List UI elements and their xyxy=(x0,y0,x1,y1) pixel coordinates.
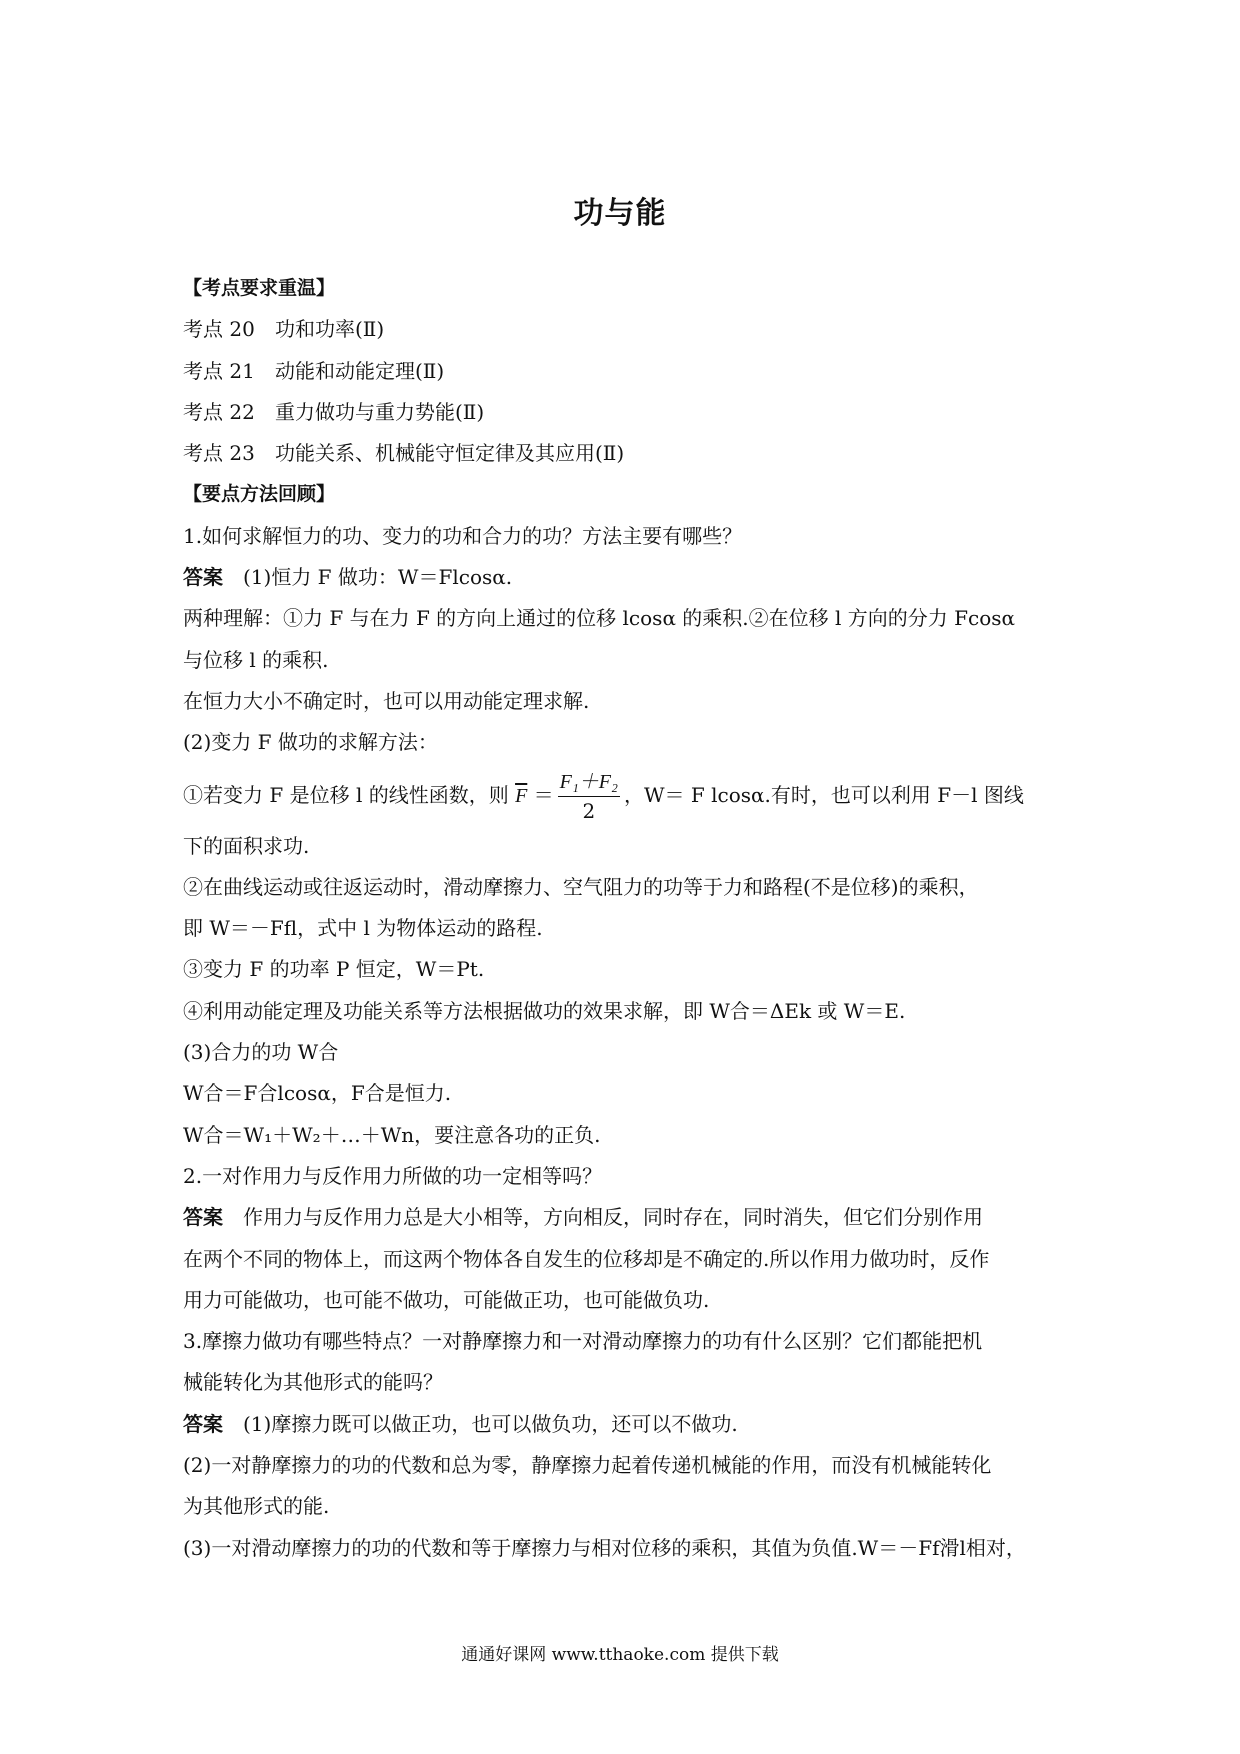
formula-prefix: ①若变力 F 是位移 l 的线性函数，则 xyxy=(183,783,509,807)
page-footer: 通通好课网 www.tthaoke.com 提供下载 xyxy=(0,1640,1240,1665)
exam-point-item: 考点 22重力做功与重力势能(Ⅱ) xyxy=(183,392,1063,433)
exam-point-text: 功和功率(Ⅱ) xyxy=(275,317,384,341)
exam-point-number: 考点 22 xyxy=(183,392,275,433)
text-line: (3)一对滑动摩擦力的功的代数和等于摩擦力与相对位移的乘积，其值为负值.W＝－F… xyxy=(183,1528,1063,1569)
answer-label: 答案 xyxy=(183,1412,223,1436)
f-bar-symbol: F xyxy=(515,785,527,807)
text-line: (3)合力的功 W合 xyxy=(183,1032,1063,1073)
answer-line: 答案(1)恒力 F 做功：W＝Flcosα. xyxy=(183,557,1063,598)
exam-point-number: 考点 23 xyxy=(183,433,275,474)
text-line: 用力可能做功，也可能不做功，可能做正功，也可能做负功. xyxy=(183,1280,1063,1321)
question-3: 3.摩擦力做功有哪些特点？一对静摩擦力和一对滑动摩擦力的功有什么区别？它们都能把… xyxy=(183,1321,1063,1362)
section-heading-exam-points: 【考点要求重温】 xyxy=(183,268,1063,309)
exam-point-number: 考点 21 xyxy=(183,351,275,392)
text-line: 下的面积求功. xyxy=(183,826,1063,867)
text-line: 即 W＝－Ffl，式中 l 为物体运动的路程. xyxy=(183,908,1063,949)
question-2: 2.一对作用力与反作用力所做的功一定相等吗？ xyxy=(183,1156,1063,1197)
text-line: 在两个不同的物体上，而这两个物体各自发生的位移却是不确定的.所以作用力做功时，反… xyxy=(183,1239,1063,1280)
document-body: 【考点要求重温】 考点 20功和功率(Ⅱ) 考点 21动能和动能定理(Ⅱ) 考点… xyxy=(183,268,1063,1569)
text-line: W合＝W₁＋W₂＋…＋Wn，要注意各功的正负. xyxy=(183,1115,1063,1156)
exam-point-text: 功能关系、机械能守恒定律及其应用(Ⅱ) xyxy=(275,441,624,465)
text-line: (2)变力 F 做功的求解方法： xyxy=(183,722,1063,763)
text-line: (2)一对静摩擦力的功的代数和总为零，静摩擦力起着传递机械能的作用，而没有机械能… xyxy=(183,1445,1063,1486)
answer-label: 答案 xyxy=(183,565,223,589)
text-line: 械能转化为其他形式的能吗？ xyxy=(183,1362,1063,1403)
formula-suffix: ，W＝ F lcosα.有时，也可以利用 F－l 图线 xyxy=(624,783,1024,807)
text-line: 为其他形式的能. xyxy=(183,1486,1063,1527)
fraction: F₁＋F₂2 xyxy=(558,768,620,825)
exam-point-item: 考点 20功和功率(Ⅱ) xyxy=(183,309,1063,350)
exam-point-text: 重力做功与重力势能(Ⅱ) xyxy=(275,400,484,424)
exam-point-number: 考点 20 xyxy=(183,309,275,350)
fraction-numerator: F₁＋F₂ xyxy=(558,768,620,797)
exam-point-item: 考点 21动能和动能定理(Ⅱ) xyxy=(183,351,1063,392)
text-line: 两种理解：①力 F 与在力 F 的方向上通过的位移 lcosα 的乘积.②在位移… xyxy=(183,598,1063,639)
answer-text: 作用力与反作用力总是大小相等，方向相反，同时存在，同时消失，但它们分别作用 xyxy=(243,1205,983,1229)
text-line: 与位移 l 的乘积. xyxy=(183,640,1063,681)
exam-point-text: 动能和动能定理(Ⅱ) xyxy=(275,359,444,383)
text-line: ③变力 F 的功率 P 恒定，W＝Pt. xyxy=(183,949,1063,990)
section-heading-method-review: 【要点方法回顾】 xyxy=(183,474,1063,515)
text-line: 在恒力大小不确定时，也可以用动能定理求解. xyxy=(183,681,1063,722)
text-line: ②在曲线运动或往返运动时，滑动摩擦力、空气阻力的功等于力和路程(不是位移)的乘积… xyxy=(183,867,1063,908)
question-1: 1.如何求解恒力的功、变力的功和合力的功？方法主要有哪些？ xyxy=(183,516,1063,557)
text-line: ④利用动能定理及功能关系等方法根据做功的效果求解，即 W合＝ΔEk 或 W＝E. xyxy=(183,991,1063,1032)
text-line: W合＝F合lcosα，F合是恒力. xyxy=(183,1073,1063,1114)
answer-line: 答案作用力与反作用力总是大小相等，方向相反，同时存在，同时消失，但它们分别作用 xyxy=(183,1197,1063,1238)
page-title: 功与能 xyxy=(0,188,1240,232)
answer-line: 答案(1)摩擦力既可以做正功，也可以做负功，还可以不做功. xyxy=(183,1404,1063,1445)
answer-text: (1)恒力 F 做功：W＝Flcosα. xyxy=(243,565,512,589)
fraction-denominator: 2 xyxy=(558,797,620,825)
exam-point-item: 考点 23功能关系、机械能守恒定律及其应用(Ⅱ) xyxy=(183,433,1063,474)
formula-line: ①若变力 F 是位移 l 的线性函数，则 F ＝F₁＋F₂2，W＝ F lcos… xyxy=(183,764,1063,826)
answer-text: (1)摩擦力既可以做正功，也可以做负功，还可以不做功. xyxy=(243,1412,738,1436)
answer-label: 答案 xyxy=(183,1205,223,1229)
